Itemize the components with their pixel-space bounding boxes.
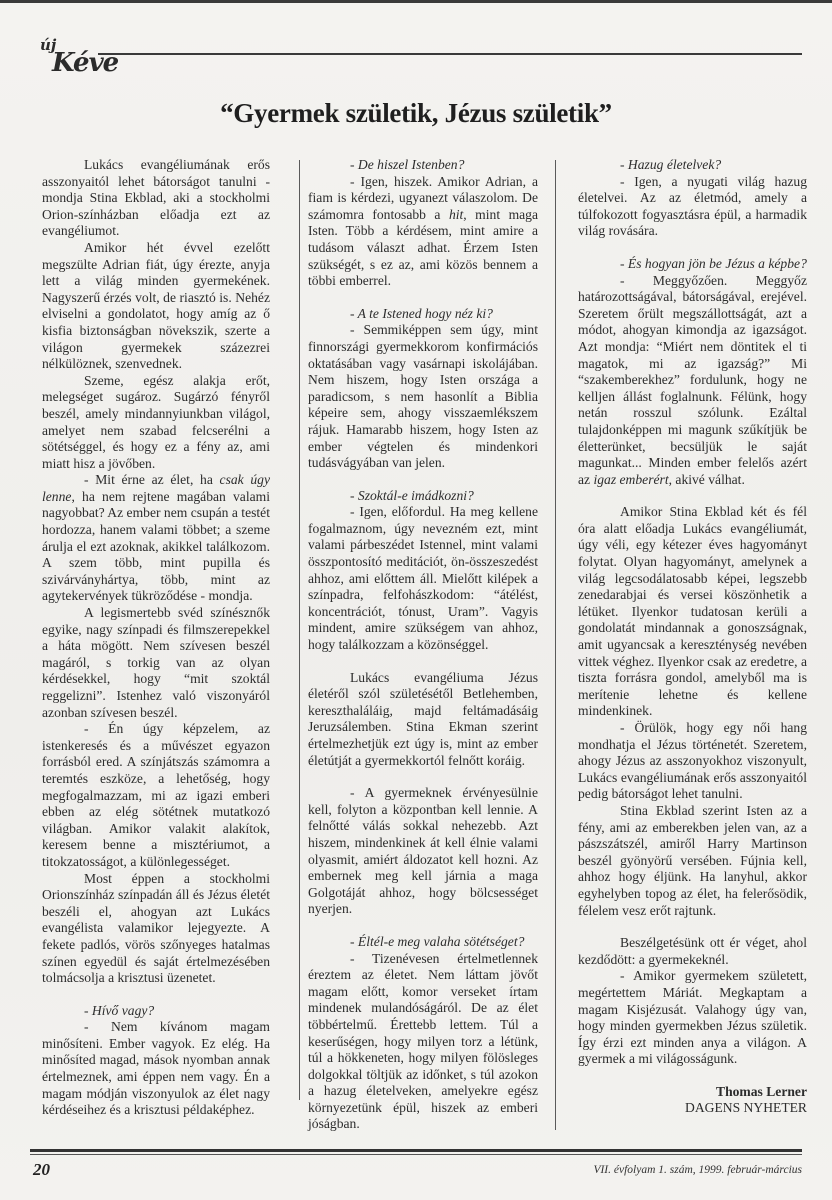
byline: Thomas Lerner DAGENS NYHETER	[578, 1084, 807, 1117]
paragraph: - Én úgy képzelem, az istenkeresés és a …	[42, 721, 270, 870]
interview-question: - És hogyan jön be Jézus a képbe?	[578, 256, 807, 273]
interview-question: - Hazug életelvek?	[578, 157, 807, 174]
paragraph: Amikor Stina Ekblad két és fél óra alatt…	[578, 504, 807, 720]
page-top-edge	[0, 0, 832, 3]
spacer	[578, 240, 807, 256]
page-number: 20	[33, 1160, 50, 1180]
interview-question: - De hiszel Istenben?	[308, 157, 538, 174]
column-divider	[299, 160, 300, 1100]
interview-question: - A te Istened hogy néz ki?	[308, 306, 538, 323]
paragraph: Most éppen a stockholmi Orionszínház szí…	[42, 871, 270, 987]
emphasis: igaz emberért	[593, 472, 668, 487]
interview-question: - Hívő vagy?	[42, 1003, 270, 1020]
header-rule	[98, 53, 802, 55]
paragraph: Beszélgetésünk ott ér véget, ahol kezdőd…	[578, 935, 807, 968]
paragraph: A legismertebb svéd színésznők egyike, n…	[42, 605, 270, 721]
paragraph: - Tizenévesen értelmetlennek éreztem az …	[308, 951, 538, 1134]
article-title: “Gyermek születik, Jézus születik”	[0, 98, 832, 129]
paragraph: Szeme, egész alakja erőt, melegséget sug…	[42, 373, 270, 473]
paragraph: - Örülök, hogy egy női hang mondhatja el…	[578, 720, 807, 803]
footer-rule	[30, 1149, 802, 1152]
paragraph: - Mit érne az élet, ha csak úgy lenne, h…	[42, 472, 270, 605]
text-run: , akivé válhat.	[669, 472, 745, 487]
spacer	[42, 987, 270, 1003]
paragraph: - Meggyőzően. Meggyőz határozottságával,…	[578, 273, 807, 489]
paragraph: - Nem kívánom magam minősíteni. Ember va…	[42, 1019, 270, 1119]
spacer	[308, 769, 538, 785]
article-column-2: - De hiszel Istenben? - Igen, hiszek. Am…	[308, 157, 538, 1133]
emphasis: hit	[449, 207, 463, 222]
spacer	[308, 290, 538, 306]
magazine-page: új Kéve “Gyermek születik, Jézus születi…	[0, 0, 832, 1200]
interview-question: - Éltél-e meg valaha sötétséget?	[308, 934, 538, 951]
author-name: Thomas Lerner	[578, 1084, 807, 1101]
paragraph: - Igen, hiszek. Amikor Adrian, a fiam is…	[308, 174, 538, 290]
spacer	[308, 654, 538, 670]
paragraph: - Amikor gyermekem született, megértette…	[578, 968, 807, 1068]
paragraph: - Igen, előfordul. Ha meg kellene fogalm…	[308, 504, 538, 653]
spacer	[308, 472, 538, 488]
paragraph: Lukács evangéliumának erős asszonyaitól …	[42, 157, 270, 240]
article-column-1: Lukács evangéliumának erős asszonyaitól …	[42, 157, 270, 1119]
paragraph: Amikor hét évvel ezelőtt megszülte Adria…	[42, 240, 270, 373]
spacer	[578, 488, 807, 504]
paragraph: - Igen, a nyugati világ hazug életelvei.…	[578, 174, 807, 240]
spacer	[578, 919, 807, 935]
paragraph: Lukács evangéliuma Jézus életéről szól s…	[308, 670, 538, 770]
paragraph: - Semmiképpen sem úgy, mint finnországi …	[308, 322, 538, 471]
paragraph: - A gyermeknek érvényesülnie kell, folyt…	[308, 785, 538, 918]
issue-info: VII. évfolyam 1. szám, 1999. február-már…	[593, 1164, 802, 1176]
text-run: , ha nem rejtene magában valami nagyobba…	[42, 489, 270, 604]
paragraph: Stina Ekblad szerint Isten az a fény, am…	[578, 803, 807, 919]
column-divider	[555, 160, 556, 1130]
spacer	[308, 918, 538, 934]
source-publication: DAGENS NYHETER	[578, 1100, 807, 1117]
article-column-3: - Hazug életelvek? - Igen, a nyugati vil…	[578, 157, 807, 1117]
footer-rule-thin	[30, 1154, 802, 1155]
text-run: - Mit érne az élet, ha	[84, 472, 220, 487]
interview-question: - Szoktál-e imádkozni?	[308, 488, 538, 505]
text-run: - Meggyőzően. Meggyőz határozottságával,…	[578, 273, 807, 487]
